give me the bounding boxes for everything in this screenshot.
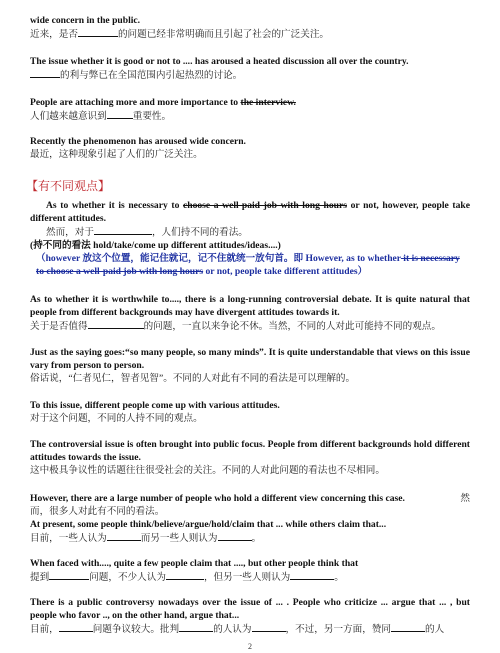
- fill-blank: [78, 27, 118, 37]
- phrase-block-4: Recently the phenomenon has aroused wide…: [30, 135, 470, 161]
- fill-blank: [290, 570, 334, 580]
- fill-blank: [218, 531, 252, 541]
- english-sentence: The issue whether it is good or not to .…: [30, 55, 470, 68]
- english-sentence: Recently the phenomenon has aroused wide…: [30, 135, 470, 148]
- chinese-translation: 提到问题，不少人认为，但另一些人则认为。: [30, 570, 470, 584]
- phrase-block-6: As to whether it is worthwhile to...., t…: [30, 293, 470, 333]
- chinese-translation: 目前，问题争议较大。批判的人认为，不过，另一方面，赞同的人: [30, 622, 470, 636]
- blue-annotation: （however 放这个位置，能记住就记，记不住就统一放句首。即 However…: [30, 252, 470, 278]
- phrase-block-12: There is a public controversy nowadays o…: [30, 596, 470, 636]
- fill-blank: [107, 109, 133, 119]
- chinese-translation: 的利与弊已在全国范围内引起热烈的讨论。: [30, 68, 470, 82]
- phrase-block-9: The controversial issue is often brought…: [30, 438, 470, 477]
- phrase-block-3: People are attaching more and more impor…: [30, 96, 470, 123]
- fill-blank: [49, 570, 89, 580]
- phrase-block-10: However, there are a large number of peo…: [30, 492, 470, 545]
- usage-note: (持不同的看法 hold/take/come up different atti…: [30, 239, 470, 252]
- english-sentence: There is a public controversy nowadays o…: [30, 596, 470, 622]
- english-sentence: wide concern in the public.: [30, 14, 470, 27]
- fill-blank: [166, 570, 204, 580]
- chinese-translation: 而，很多人对此有不同的看法。: [30, 505, 470, 518]
- phrase-block-7: Just as the saying goes:“so many people,…: [30, 346, 470, 385]
- phrase-block-11: When faced with...., quite a few people …: [30, 557, 470, 584]
- english-sentence: However, there are a large number of peo…: [30, 492, 470, 505]
- struck-text: the interview.: [241, 97, 296, 108]
- phrase-block-5: As to whether it is necessary to choose …: [30, 199, 470, 278]
- chinese-translation: 人们越来越意识到重要性。: [30, 109, 470, 123]
- english-sentence-2: At present, some people think/believe/ar…: [30, 518, 470, 531]
- chinese-translation: 这中极具争议性的话题往往很受社会的关注。不同的人对此问题的看法也不尽相同。: [30, 464, 470, 477]
- english-sentence: The controversial issue is often brought…: [30, 438, 470, 464]
- fill-blank: [179, 622, 213, 632]
- chinese-translation: 对于这个问题，不同的人持不同的观点。: [30, 412, 470, 425]
- chinese-translation: 俗话说，“仁者见仁，智者见智”。不同的人对此有不同的看法是可以理解的。: [30, 372, 470, 385]
- fill-blank: [107, 531, 141, 541]
- phrase-block-1: wide concern in the public. 近来，是否的问题已经非常…: [30, 14, 470, 41]
- phrase-block-8: To this issue, different people come up …: [30, 399, 470, 425]
- english-sentence: As to whether it is worthwhile to...., t…: [30, 293, 470, 319]
- english-sentence: To this issue, different people come up …: [30, 399, 470, 412]
- english-sentence: People are attaching more and more impor…: [30, 96, 470, 109]
- fill-blank: [30, 68, 60, 78]
- fill-blank: [391, 622, 425, 632]
- english-sentence: When faced with...., quite a few people …: [30, 557, 470, 570]
- chinese-translation: 然而，对于，人们持不同的看法。: [30, 225, 470, 239]
- page-number: 2: [0, 642, 500, 651]
- phrase-block-2: The issue whether it is good or not to .…: [30, 55, 470, 82]
- english-sentence: Just as the saying goes:“so many people,…: [30, 346, 470, 372]
- fill-blank: [252, 622, 286, 632]
- chinese-translation: 关于是否值得的问题，一直以来争论不休。当然，不同的人对此可能持不同的观点。: [30, 319, 470, 333]
- chinese-translation: 近来，是否的问题已经非常明确而且引起了社会的广泛关注。: [30, 27, 470, 41]
- english-sentence: As to whether it is necessary to choose …: [30, 199, 470, 225]
- section-heading: 【有不同观点】: [26, 178, 466, 194]
- struck-text: choose a well-paid job with long hours: [183, 200, 347, 211]
- chinese-translation-2: 目前，一些人认为而另一些人则认为。: [30, 531, 470, 545]
- fill-blank: [94, 225, 152, 235]
- fill-blank: [59, 622, 93, 632]
- fill-blank: [88, 319, 144, 329]
- chinese-translation: 最近，这种现象引起了人们的广泛关注。: [30, 148, 470, 161]
